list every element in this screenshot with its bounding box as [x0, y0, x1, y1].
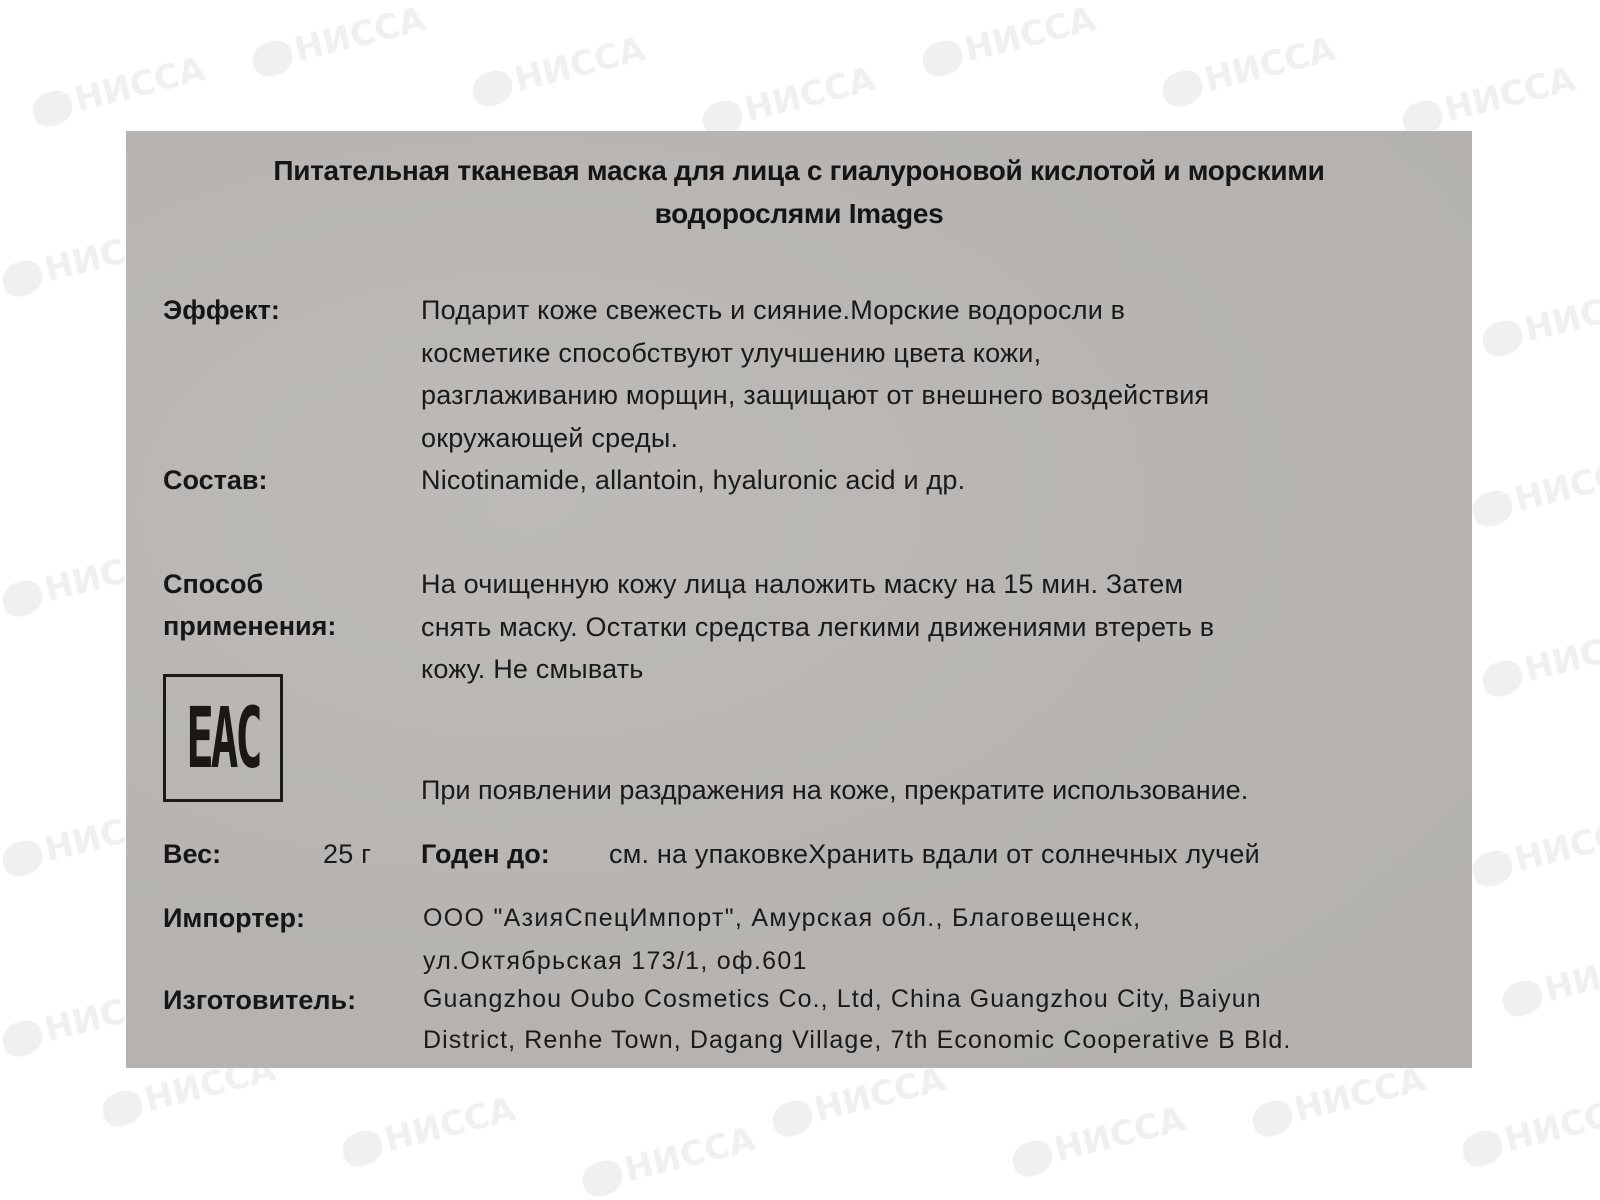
watermark-text: НИССА [1290, 1059, 1429, 1130]
watermark-text: НИССА [740, 59, 879, 130]
manufacturer-line: Guangzhou Oubo Cosmetics Co., Ltd, China… [423, 979, 1291, 1020]
nissa-watermark: НИССА [1398, 59, 1580, 141]
product-label-card: Питательная тканевая маска для лица с ги… [126, 131, 1472, 1068]
nissa-watermark: НИССА [248, 0, 430, 81]
nissa-logo-icon [1009, 1137, 1056, 1180]
nissa-logo-icon [1479, 657, 1526, 700]
watermark-text: НИССА [1510, 449, 1600, 520]
watermark-text: НИССА [1200, 29, 1339, 100]
nissa-watermark: НИССА [1468, 449, 1600, 531]
watermark-text: НИССА [290, 0, 429, 70]
nissa-watermark: НИССА [338, 1089, 520, 1171]
nissa-watermark: НИССА [918, 0, 1100, 81]
nissa-watermark: НИССА [1458, 1089, 1600, 1171]
watermark-text: НИССА [510, 29, 649, 100]
watermark-text: НИССА [1510, 809, 1600, 880]
usage-line: На очищенную кожу лица наложить маску на… [421, 563, 1214, 606]
watermark-text: НИССА [1540, 939, 1600, 1010]
effect-line: Подарит коже свежесть и сияние.Морские в… [421, 289, 1209, 332]
nissa-logo-icon [1469, 487, 1516, 530]
watermark-text: НИССА [380, 1089, 519, 1160]
watermark-text: НИССА [960, 0, 1099, 70]
usage-label-line: применения: [163, 605, 336, 647]
nissa-logo-icon [579, 1157, 626, 1200]
nissa-watermark: НИССА [1478, 619, 1600, 701]
nissa-logo-icon [1479, 317, 1526, 360]
nissa-logo-icon [1499, 977, 1546, 1020]
nissa-logo-icon [0, 577, 46, 620]
nissa-watermark: НИССА [468, 29, 650, 111]
nissa-logo-icon [1159, 67, 1206, 110]
watermark-text: НИССА [1440, 59, 1579, 130]
usage-line: снять маску. Остатки средства легкими дв… [421, 606, 1214, 649]
nissa-logo-icon [99, 1087, 146, 1130]
nissa-logo-icon [1469, 847, 1516, 890]
expiry-value: см. на упаковкеХранить вдали от солнечны… [609, 833, 1260, 876]
importer-text: ООО "АзияСпецИмпорт", Амурская обл., Бла… [423, 897, 1141, 982]
watermark-text: НИССА [810, 1059, 949, 1130]
importer-label: Импортер: [163, 897, 305, 939]
nissa-watermark: НИССА [768, 1059, 950, 1141]
nissa-logo-icon [469, 67, 516, 110]
watermark-text: НИССА [1500, 1089, 1600, 1160]
nissa-watermark: НИССА [1468, 809, 1600, 891]
nissa-logo-icon [919, 37, 966, 80]
nissa-logo-icon [0, 257, 46, 300]
nissa-watermark: НИССА [1498, 939, 1600, 1021]
nissa-logo-icon [249, 37, 296, 80]
watermark-text: НИССА [1520, 279, 1600, 350]
nissa-watermark: НИССА [28, 49, 210, 131]
nissa-logo-icon [29, 87, 76, 130]
nissa-logo-icon [0, 1017, 46, 1060]
nissa-logo-icon [0, 837, 46, 880]
importer-line: ул.Октябрьская 173/1, оф.601 [423, 940, 1141, 983]
eac-certification-icon: EAC [163, 674, 283, 802]
nissa-watermark: НИССА [1478, 279, 1600, 361]
usage-label: Способ применения: [163, 563, 336, 647]
effect-line: окружающей среды. [421, 417, 1209, 460]
expiry-label: Годен до: [421, 833, 550, 875]
effect-line: разглаживанию морщин, защищают от внешне… [421, 374, 1209, 417]
manufacturer-line: District, Renhe Town, Dagang Village, 7t… [423, 1020, 1291, 1061]
effect-line: косметике способствуют улучшению цвета к… [421, 332, 1209, 375]
nissa-logo-icon [339, 1127, 386, 1170]
composition-text: Nicotinamide, allantoin, hyaluronic acid… [421, 459, 965, 502]
nissa-watermark: НИССА [1158, 29, 1340, 111]
importer-line: ООО "АзияСпецИмпорт", Амурская обл., Бла… [423, 897, 1141, 940]
nissa-watermark: НИССА [578, 1119, 760, 1200]
nissa-watermark: НИССА [1008, 1099, 1190, 1181]
usage-text: На очищенную кожу лица наложить маску на… [421, 563, 1214, 691]
usage-line: кожу. Не смывать [421, 648, 1214, 691]
effect-label: Эффект: [163, 289, 280, 331]
nissa-watermark: НИССА [1248, 1059, 1430, 1141]
watermark-text: НИССА [1520, 619, 1600, 690]
watermark-text: НИССА [70, 49, 209, 120]
effect-text: Подарит коже свежесть и сияние.Морские в… [421, 289, 1209, 459]
watermark-text: НИССА [1050, 1099, 1189, 1170]
watermark-text: НИССА [620, 1119, 759, 1190]
weight-label: Вес: [163, 833, 221, 875]
nissa-watermark: НИССА [698, 59, 880, 141]
manufacturer-label: Изготовитель: [163, 979, 356, 1021]
nissa-logo-icon [1249, 1097, 1296, 1140]
product-title: Питательная тканевая маска для лица с ги… [126, 149, 1472, 235]
warning-text: При появлении раздражения на коже, прекр… [421, 769, 1248, 812]
usage-label-line: Способ [163, 563, 336, 605]
nissa-logo-icon [1459, 1127, 1506, 1170]
nissa-logo-icon [769, 1097, 816, 1140]
composition-label: Состав: [163, 459, 267, 501]
weight-value: 25 г [323, 833, 371, 876]
manufacturer-text: Guangzhou Oubo Cosmetics Co., Ltd, China… [423, 979, 1291, 1061]
